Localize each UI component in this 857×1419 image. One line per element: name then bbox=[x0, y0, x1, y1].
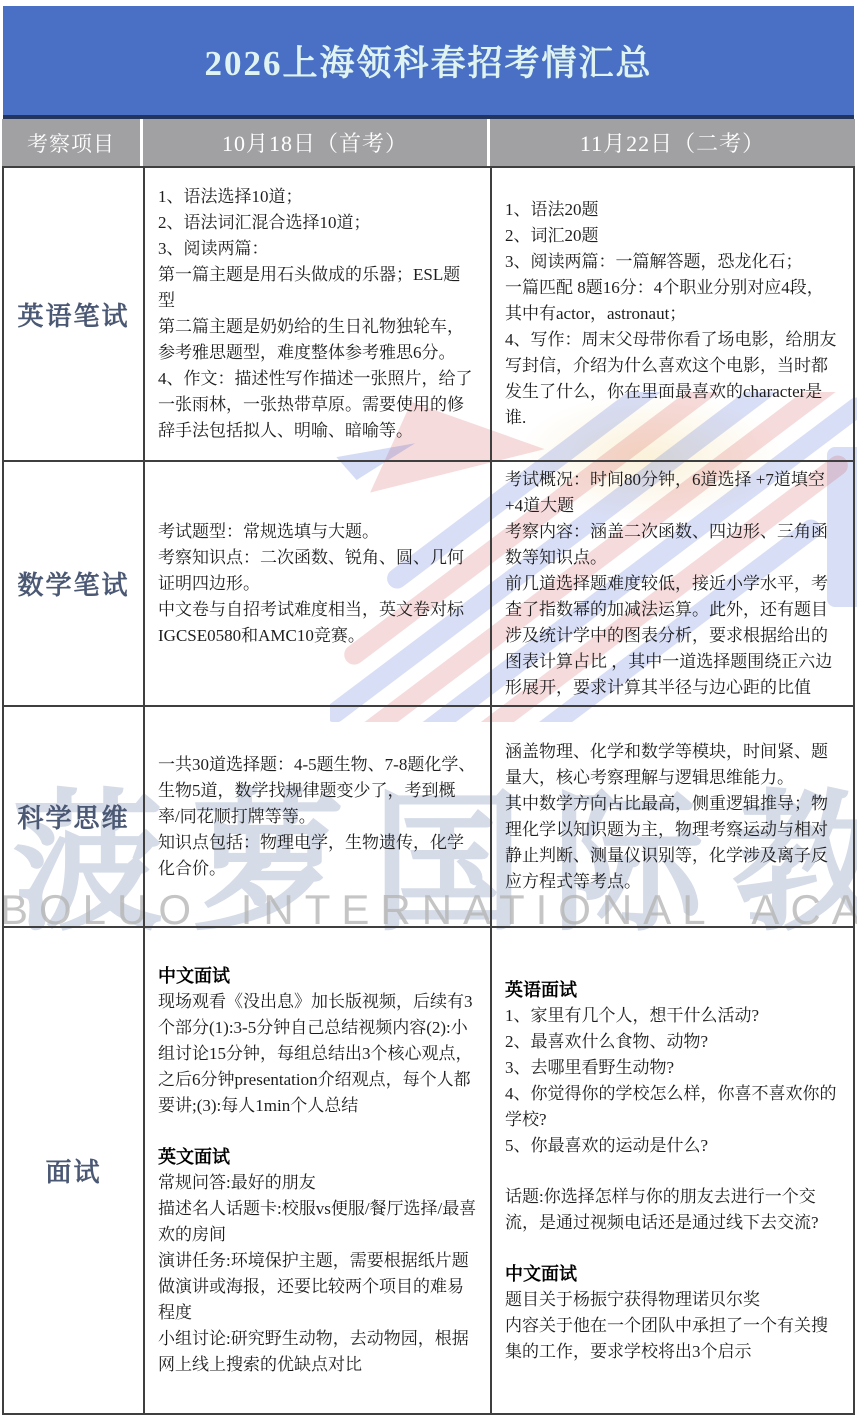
cell-science-second-exam: 涵盖物理、化学和数学等模块，时间紧、题量大，核心考察理解与逻辑思维能力。其中数学… bbox=[492, 705, 853, 926]
cell-line: 小组讨论:研究野生动物，去动物园，根据网上线上搜索的优缺点对比 bbox=[158, 1326, 477, 1378]
cell-line: 中文面试 bbox=[158, 963, 477, 989]
cell-line: 中文卷与自招考试难度相当，英文卷对标IGCSE0580和AMC10竞赛。 bbox=[158, 597, 477, 649]
cell-line: 1、语法选择10道； bbox=[158, 184, 477, 210]
row-label-interview: 面试 bbox=[4, 926, 145, 1413]
cell-line: 演讲任务:环境保护主题，需要根据纸片题做演讲或海报，还要比较两个项目的难易程度 bbox=[158, 1248, 477, 1326]
cell-line: 3、去哪里看野生动物? bbox=[505, 1055, 840, 1081]
cell-line: 中文面试 bbox=[505, 1261, 840, 1287]
title-banner: 2026上海领科春招考情汇总 bbox=[3, 6, 854, 119]
cell-line: 1、语法20题 bbox=[505, 197, 840, 223]
row-label-text: 数学笔试 bbox=[17, 565, 129, 602]
cell-line: 考试概况：时间80分钟，6道选择 +7道填空+4道大题 bbox=[505, 467, 840, 519]
cell-line: 话题:你选择怎样与你的朋友去进行一个交流，是通过视频电话还是通过线下去交流? bbox=[505, 1184, 840, 1236]
table-header-row: 考察项目 10月18日（首考） 11月22日（二考） bbox=[2, 119, 855, 166]
exam-summary-poster: 2026上海领科春招考情汇总 菠萝国际教育 BOLUO INTERNATIONA… bbox=[0, 0, 857, 1419]
cell-line: 英文面试 bbox=[158, 1144, 477, 1170]
cell-english-second-exam: 1、语法20题2、词汇20题3、阅读两篇：一篇解答题，恐龙化石；一篇匹配 8题1… bbox=[492, 168, 853, 460]
cell-line: 考试题型：常规选填与大题。 bbox=[158, 519, 477, 545]
row-label-english-written: 英语笔试 bbox=[4, 168, 145, 460]
cell-line: 英语面试 bbox=[505, 977, 840, 1003]
row-label-text: 面试 bbox=[45, 1152, 101, 1189]
cell-line: 一篇匹配 8题16分：4个职业分别对应4段，其中有actor，astronaut… bbox=[505, 275, 840, 327]
table-body: 英语笔试 1、语法选择10道；2、语法词汇混合选择10道；3、阅读两篇：第一篇主… bbox=[2, 166, 855, 1415]
cell-line: 现场观看《没出息》加长版视频，后续有3个部分(1):3-5分钟自己总结视频内容(… bbox=[158, 989, 477, 1119]
column-header-second-exam: 11月22日（二考） bbox=[490, 119, 855, 166]
cell-line: 4、写作：周末父母带你看了场电影，给朋友写封信，介绍为什么喜欢这个电影，当时都发… bbox=[505, 327, 840, 431]
cell-interview-first-exam: 中文面试现场观看《没出息》加长版视频，后续有3个部分(1):3-5分钟自己总结视… bbox=[145, 926, 492, 1413]
cell-line: 4、你觉得你的学校怎么样，你喜不喜欢你的学校? bbox=[505, 1081, 840, 1133]
cell-line: 一共30道选择题：4-5题生物、7-8题化学、生物5道，数学找规律题变少了，考到… bbox=[158, 752, 477, 830]
cell-science-first-exam: 一共30道选择题：4-5题生物、7-8题化学、生物5道，数学找规律题变少了，考到… bbox=[145, 705, 492, 926]
row-label-math-written: 数学笔试 bbox=[4, 460, 145, 705]
cell-math-first-exam: 考试题型：常规选填与大题。考察知识点：二次函数、锐角、圆、几何证明四边形。中文卷… bbox=[145, 460, 492, 705]
cell-line: 描述名人话题卡:校服vs便服/餐厅选择/最喜欢的房间 bbox=[158, 1196, 477, 1248]
cell-line: 5、你最喜欢的运动是什么? bbox=[505, 1133, 840, 1159]
cell-line: 内容关于他在一个团队中承担了一个有关搜集的工作，要求学校将出3个启示 bbox=[505, 1313, 840, 1365]
row-label-text: 英语笔试 bbox=[17, 296, 129, 333]
cell-line: 知识点包括：物理电学，生物遗传，化学化合价。 bbox=[158, 830, 477, 882]
cell-line: 其中数学方向占比最高，侧重逻辑推导；物理化学以知识题为主，物理考察运动与相对静止… bbox=[505, 791, 840, 895]
cell-line: 2、语法词汇混合选择10道； bbox=[158, 210, 477, 236]
cell-math-second-exam: 考试概况：时间80分钟，6道选择 +7道填空+4道大题考察内容：涵盖二次函数、四… bbox=[492, 460, 853, 705]
column-header-item: 考察项目 bbox=[2, 119, 143, 166]
cell-line: 第一篇主题是用石头做成的乐器；ESL题型 bbox=[158, 262, 477, 314]
cell-line: 考察内容：涵盖二次函数、四边形、三角函数等知识点。 bbox=[505, 519, 840, 571]
cell-line: 3、阅读两篇： bbox=[158, 236, 477, 262]
cell-english-first-exam: 1、语法选择10道；2、语法词汇混合选择10道；3、阅读两篇：第一篇主题是用石头… bbox=[145, 168, 492, 460]
cell-line: 2、词汇20题 bbox=[505, 223, 840, 249]
row-label-science-thinking: 科学思维 bbox=[4, 705, 145, 926]
row-label-text: 科学思维 bbox=[17, 798, 129, 835]
cell-line: 4、作文：描述性写作描述一张照片，给了一张雨林，一张热带草原。需要使用的修辞手法… bbox=[158, 366, 477, 444]
cell-line: 常规问答:最好的朋友 bbox=[158, 1170, 477, 1196]
cell-line: 前几道选择题难度较低，接近小学水平，考查了指数幂的加减法运算。此外，还有题目涉及… bbox=[505, 571, 840, 701]
cell-line: 2、最喜欢什么食物、动物? bbox=[505, 1029, 840, 1055]
cell-line: 考察知识点：二次函数、锐角、圆、几何证明四边形。 bbox=[158, 545, 477, 597]
cell-line: 1、家里有几个人，想干什么活动? bbox=[505, 1003, 840, 1029]
cell-line: 第二篇主题是奶奶给的生日礼物独轮车，参考雅思题型，难度整体参考雅思6分。 bbox=[158, 314, 477, 366]
cell-line: 3、阅读两篇：一篇解答题，恐龙化石； bbox=[505, 249, 840, 275]
cell-line: 题目关于杨振宁获得物理诺贝尔奖 bbox=[505, 1287, 840, 1313]
column-header-first-exam: 10月18日（首考） bbox=[143, 119, 490, 166]
cell-line: 涵盖物理、化学和数学等模块，时间紧、题量大，核心考察理解与逻辑思维能力。 bbox=[505, 739, 840, 791]
page-title: 2026上海领科春招考情汇总 bbox=[204, 36, 652, 86]
cell-interview-second-exam: 英语面试1、家里有几个人，想干什么活动?2、最喜欢什么食物、动物?3、去哪里看野… bbox=[492, 926, 853, 1413]
